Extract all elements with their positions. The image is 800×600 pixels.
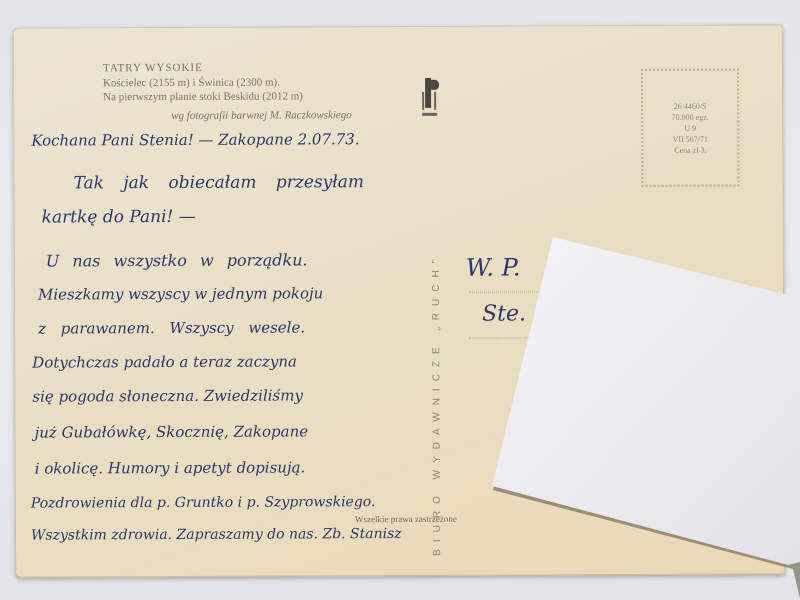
publisher-vertical-text: BIURO WYDAWNICZE „RUCH”: [425, 136, 447, 556]
postcard-title: TATRY WYSOKIE: [103, 62, 203, 74]
stamp-box: 26 4460/S 70.000 egz. U 9 VII 567/71 Cen…: [641, 69, 740, 187]
stamp-line: 70.000 egz.: [672, 111, 709, 122]
handwritten-line: i okolicę. Humory i apetyt dopisują.: [35, 458, 306, 477]
photo-credit: wg fotografii barwnej M. Raczkowskiego: [171, 109, 352, 122]
handwritten-line: Wszystkim zdrowia. Zapraszamy do nas. Zb…: [31, 526, 402, 544]
caption-line-2: Na pierwszym planie stoki Beskidu (2012 …: [103, 90, 303, 103]
handwritten-line: Dotychczas padało a teraz zaczyna: [32, 352, 297, 371]
address-fragment: W. P.: [466, 253, 521, 281]
handwritten-line: się pogoda słoneczna. Zwiedziliśmy: [32, 386, 303, 405]
handwritten-line: Mieszkamy wszyscy w jednym pokoju: [38, 284, 323, 303]
handwritten-line: Tak jak obiecałam przesyłam: [73, 172, 364, 193]
stamp-line: U 9: [684, 122, 696, 133]
rights-notice: Wszelkie prawa zastrzeżone: [355, 514, 457, 524]
stamp-line: 26 4460/S: [674, 100, 707, 111]
handwritten-line: Pozdrowienia dla p. Gruntko i p. Szyprow…: [31, 494, 376, 512]
handwritten-line: z parawanem. Wszyscy wesele.: [38, 318, 305, 337]
caption-line-1: Kościelec (2155 m) i Świnica (2300 m).: [103, 77, 280, 90]
stamp-line: Cena zł 3.: [674, 144, 706, 155]
handwritten-line: U nas wszystko w porządku.: [46, 250, 308, 270]
handwritten-line: kartkę do Pani! —: [42, 207, 196, 228]
publisher-label: BIURO WYDAWNICZE „RUCH”: [431, 253, 443, 556]
address-line: [469, 336, 769, 338]
ruch-logo-icon: [421, 78, 439, 120]
address-fragment: Ste.: [482, 301, 526, 326]
handwritten-line: już Gubałówkę, Skocznię, Zakopane: [35, 422, 309, 441]
handwritten-greeting: Kochana Pani Stenia! — Zakopane 2.07.73.: [31, 130, 359, 149]
postcard: TATRY WYSOKIE Kościelec (2155 m) i Świni…: [13, 24, 785, 577]
stamp-line: VII 567/71: [673, 133, 708, 144]
address-line: [469, 290, 769, 292]
